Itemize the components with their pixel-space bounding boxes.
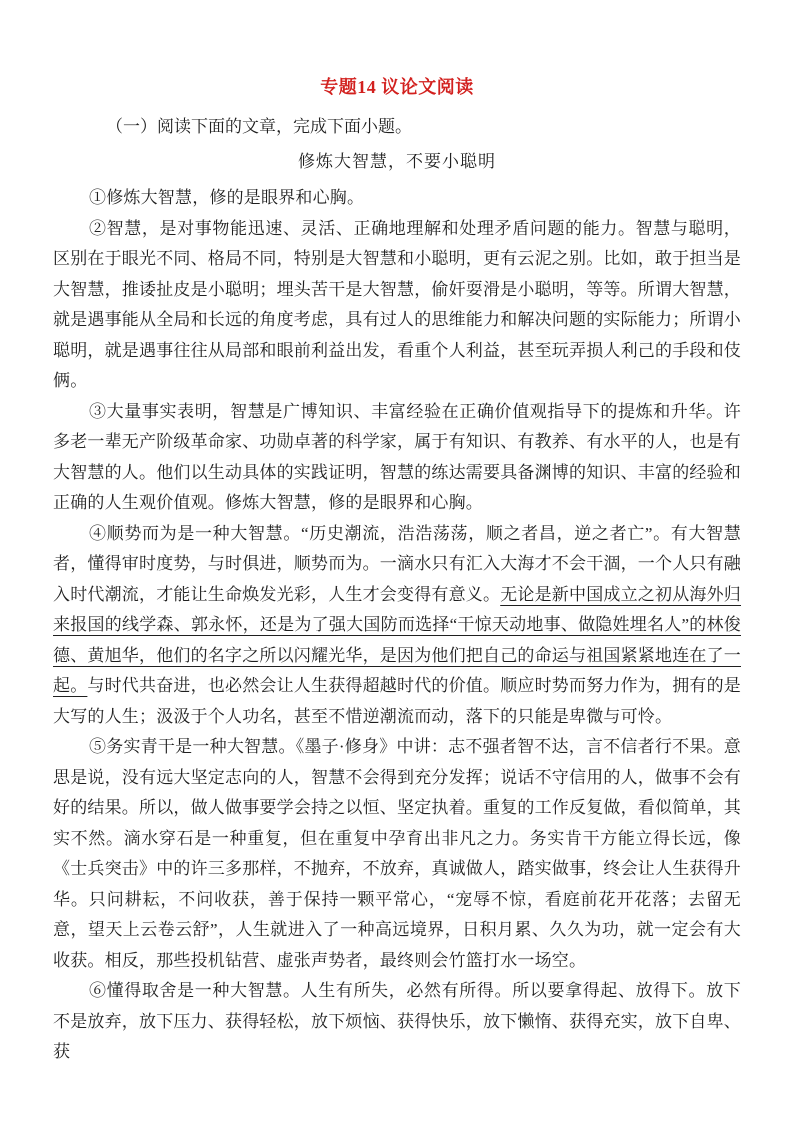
passage-text: ①修炼大智慧，修的是眼界和心胸。 bbox=[89, 188, 364, 207]
passage-text: ②智慧，是对事物能迅速、灵活、正确地理解和处理矛盾问题的能力。智慧与聪明，区别在… bbox=[53, 219, 741, 391]
passage-text: ⑥懂得取舍是一种大智慧。人生有所失，必然有所得。所以要拿得起、放得下。放下不是放… bbox=[53, 981, 741, 1061]
article-title: 修炼大智慧，不要小聪明 bbox=[53, 149, 741, 175]
article-paragraph: ④顺势而为是一种大智慧。“历史潮流，浩浩荡荡，顺之者昌，逆之者亡”。有大智慧者，… bbox=[53, 519, 741, 733]
article-body: ①修炼大智慧，修的是眼界和心胸。②智慧，是对事物能迅速、灵活、正确地理解和处理矛… bbox=[53, 183, 741, 1068]
section-instruction: （一）阅读下面的文章，完成下面小题。 bbox=[53, 114, 741, 140]
article-paragraph: ③大量事实表明，智慧是广博知识、丰富经验在正确价值观指导下的提炼和升华。许多老一… bbox=[53, 397, 741, 519]
passage-text: ⑤务实青干是一种大智慧。《墨子·修身》中讲：志不强者智不达，言不信者行不果。意思… bbox=[53, 737, 741, 970]
article-paragraph: ⑤务实青干是一种大智慧。《墨子·修身》中讲：志不强者智不达，言不信者行不果。意思… bbox=[53, 732, 741, 976]
passage-text: 与时代共奋进，也必然会让人生获得超越时代的价值。顺应时势而努力作为，拥有的是大写… bbox=[53, 676, 741, 726]
page-title: 专题14 议论文阅读 bbox=[53, 74, 741, 100]
article-paragraph: ①修炼大智慧，修的是眼界和心胸。 bbox=[53, 183, 741, 214]
article-paragraph: ②智慧，是对事物能迅速、灵活、正确地理解和处理矛盾问题的能力。智慧与聪明，区别在… bbox=[53, 214, 741, 397]
passage-text: ③大量事实表明，智慧是广博知识、丰富经验在正确价值观指导下的提炼和升华。许多老一… bbox=[53, 402, 741, 513]
article-paragraph: ⑥懂得取舍是一种大智慧。人生有所失，必然有所得。所以要拿得起、放得下。放下不是放… bbox=[53, 976, 741, 1068]
document-page: 专题14 议论文阅读 （一）阅读下面的文章，完成下面小题。 修炼大智慧，不要小聪… bbox=[0, 0, 793, 1122]
